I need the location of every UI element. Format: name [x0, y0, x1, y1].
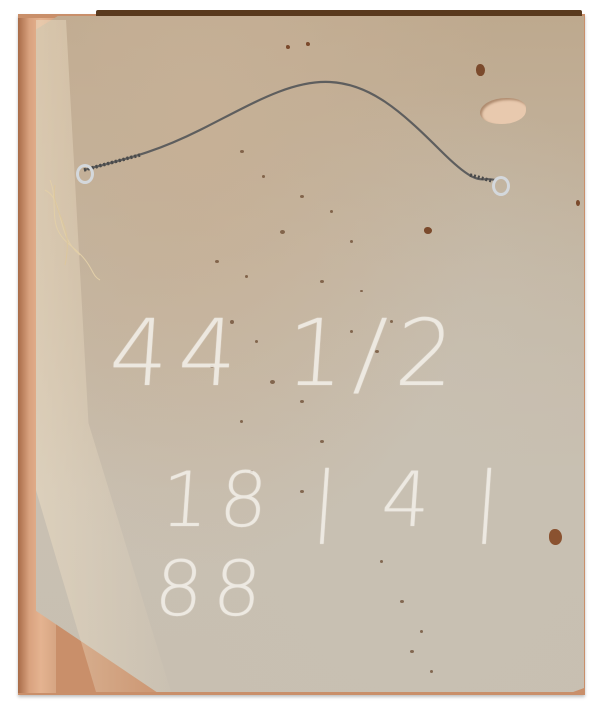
- chalk-inscription-date: 18 | 4 | 88: [152, 455, 600, 633]
- chalk-inscription-dimension: 44 1/2: [106, 300, 468, 407]
- eye-hook-left-icon: [76, 164, 94, 184]
- photo-scene: 44 1/2 18 | 4 | 88: [0, 0, 600, 710]
- eye-hook-right-icon: [492, 176, 510, 196]
